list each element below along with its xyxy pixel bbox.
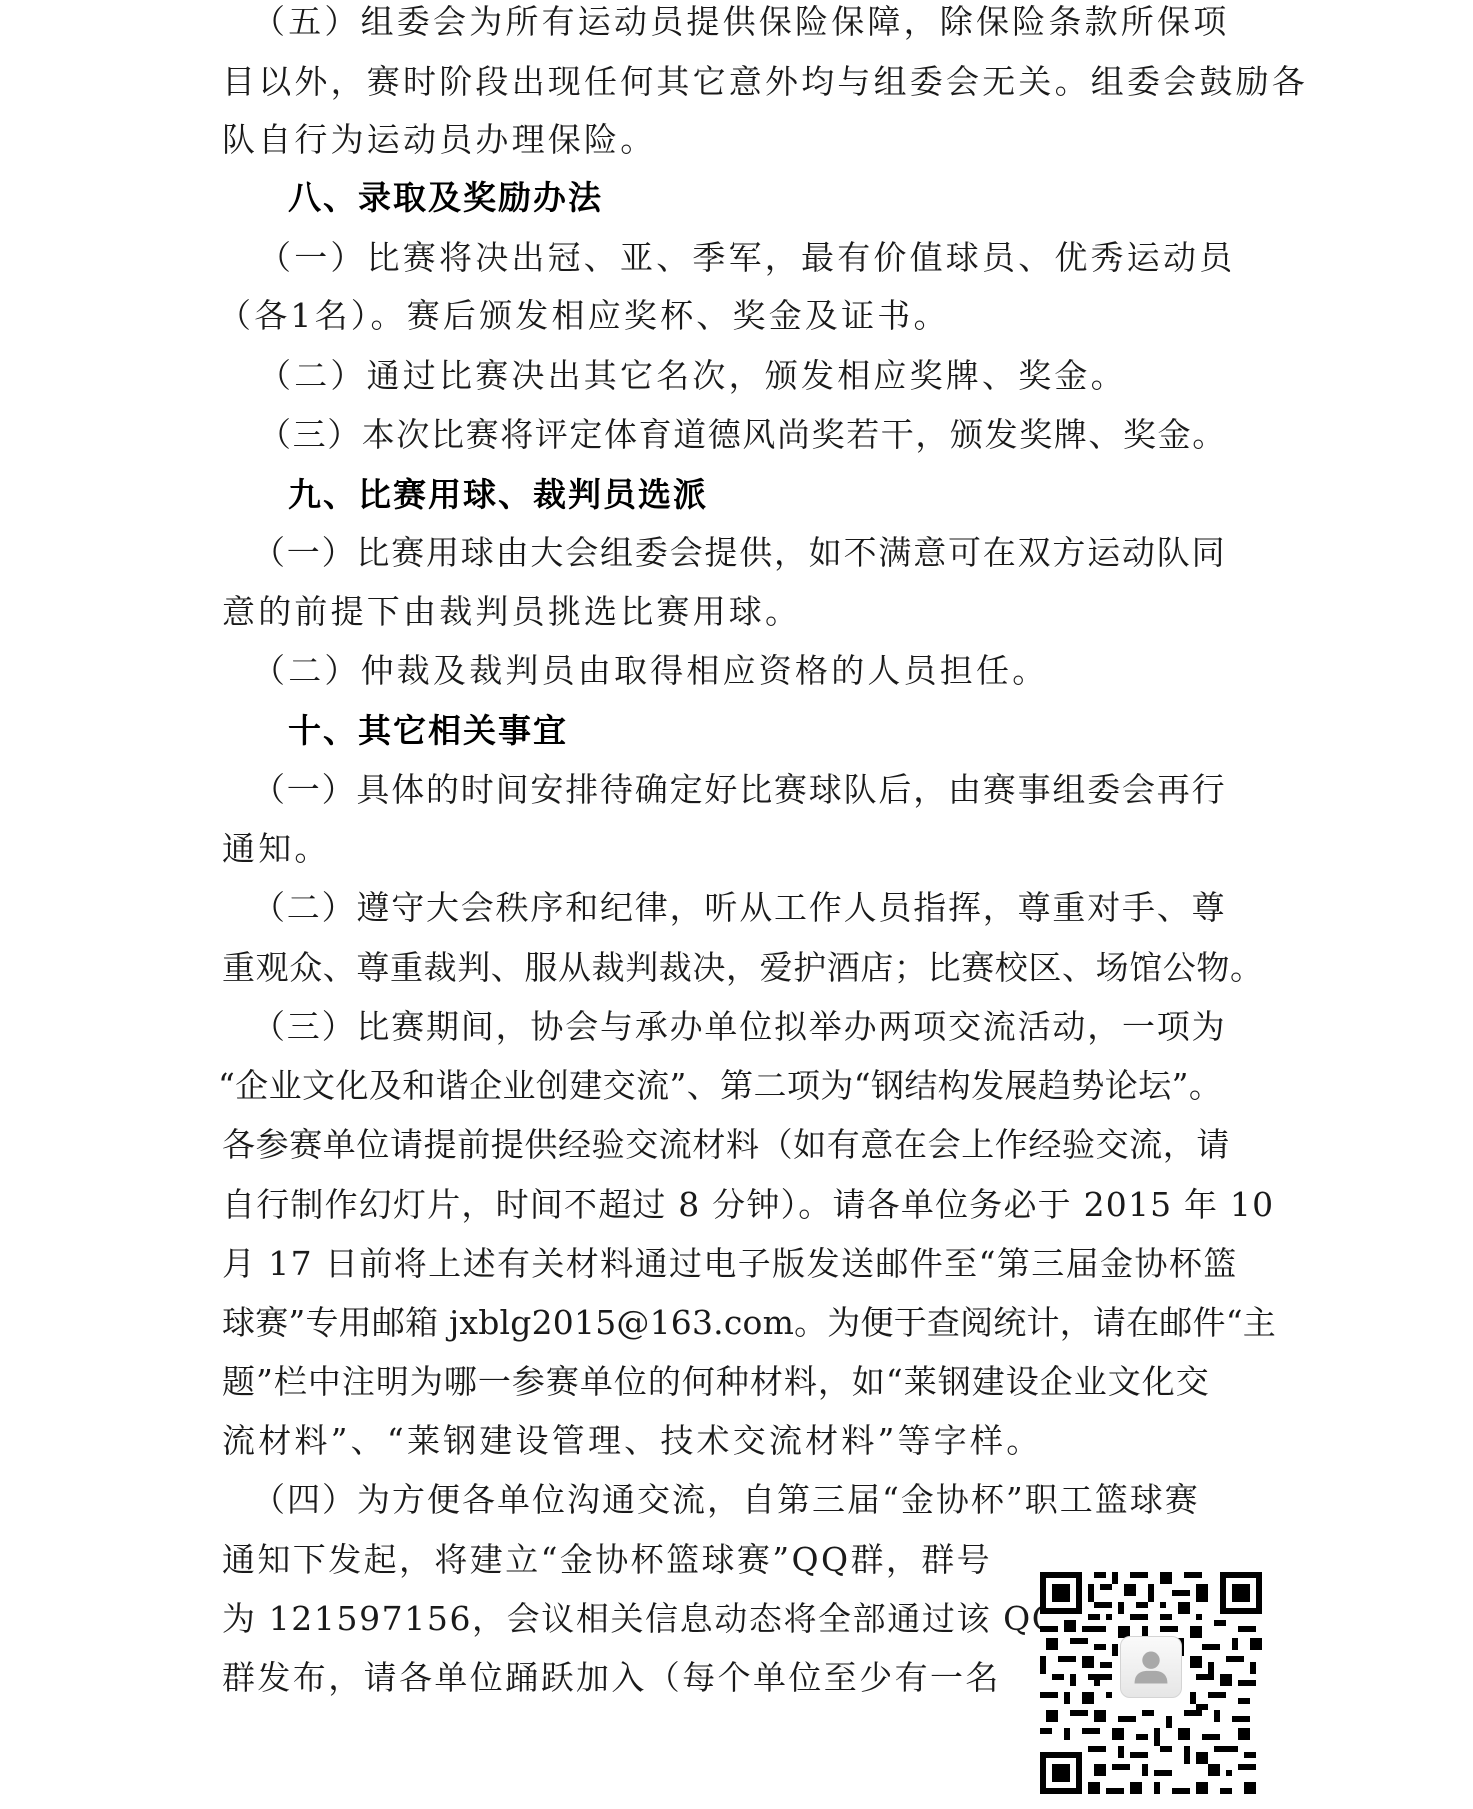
section-9-item-2: （二）仲裁及裁判员由取得相应资格的人员担任。	[252, 651, 1048, 691]
section-10-item-2-line-1: （二）遵守大会秩序和纪律，听从工作人员指挥，尊重对手、尊	[252, 888, 1226, 928]
section-10-item-1-line-2: 通知。	[222, 829, 331, 869]
paragraph-5-line-1: （五）组委会为所有运动员提供保险保障，除保险条款所保项	[252, 2, 1229, 42]
section-heading-9: 九、比赛用球、裁判员选派	[288, 475, 708, 515]
section-9-item-1-line-1: （一）比赛用球由大会组委会提供，如不满意可在双方运动队同	[252, 533, 1226, 573]
section-10-item-4-line-2: 通知下发起，将建立“金协杯篮球赛”QQ群，群号	[222, 1540, 992, 1580]
avatar-silhouette	[1121, 1637, 1181, 1697]
section-heading-10: 十、其它相关事宜	[288, 711, 568, 751]
qr-code-icon	[1040, 1572, 1262, 1794]
section-10-item-3-line-7: 题”栏中注明为哪一参赛单位的何种材料，如“莱钢建设企业文化交	[222, 1362, 1210, 1402]
paragraph-5-line-2: 目以外，赛时阶段出现任何其它意外均与组委会无关。组委会鼓励各	[222, 62, 1308, 102]
section-10-item-3-line-5: 月 17 日前将上述有关材料通过电子版发送邮件至“第三届金协杯篮	[222, 1244, 1238, 1284]
section-10-item-3-line-3: 各参赛单位请提前提供经验交流材料（如有意在会上作经验交流，请	[222, 1125, 1230, 1165]
section-10-item-3-line-1: （三）比赛期间，协会与承办单位拟举办两项交流活动，一项为	[252, 1007, 1226, 1047]
section-10-item-4-line-4: 群发布，请各单位踊跃加入（每个单位至少有一名	[222, 1658, 1001, 1698]
section-heading-8: 八、录取及奖励办法	[288, 178, 603, 218]
section-10-item-4-line-1: （四）为方便各单位沟通交流，自第三届“金协杯”职工篮球赛	[252, 1480, 1200, 1520]
section-8-item-2: （二）通过比赛决出其它名次，颁发相应奖牌、奖金。	[258, 356, 1127, 396]
section-10-item-2-line-2: 重观众、尊重裁判、服从裁判裁决，爱护酒店；比赛校区、场馆公物。	[222, 948, 1264, 988]
document-page: （五）组委会为所有运动员提供保险保障，除保险条款所保项 目以外，赛时阶段出现任何…	[0, 0, 1473, 1809]
section-10-item-3-line-2: “企业文化及和谐企业创建交流”、第二项为“钢结构发展趋势论坛”。	[218, 1066, 1222, 1106]
section-10-item-4-line-3: 为 121597156，会议相关信息动态将全部通过该 QQ	[222, 1599, 1060, 1639]
section-8-item-3: （三）本次比赛将评定体育道德风尚奖若干，颁发奖牌、奖金。	[258, 415, 1227, 455]
paragraph-5-line-3: 队自行为运动员办理保险。	[222, 120, 656, 160]
user-avatar-icon	[1120, 1636, 1182, 1698]
section-10-item-3-line-8: 流材料”、“莱钢建设管理、技术交流材料”等字样。	[222, 1421, 1042, 1461]
section-8-item-1-line-2: （各1名）。赛后颁发相应奖杯、奖金及证书。	[218, 296, 950, 336]
section-8-item-1-line-1: （一）比赛将决出冠、亚、季军，最有价值球员、优秀运动员	[258, 238, 1235, 278]
section-10-item-3-line-6: 球赛”专用邮箱 jxblg2015@163.com。为便于查阅统计，请在邮件“主	[222, 1303, 1276, 1343]
section-10-item-1-line-1: （一）具体的时间安排待确定好比赛球队后，由赛事组委会再行	[252, 770, 1226, 810]
section-10-item-3-line-4: 自行制作幻灯片，时间不超过 8 分钟）。请各单位务必于 2015 年 10	[222, 1185, 1274, 1225]
section-9-item-1-line-2: 意的前提下由裁判员挑选比赛用球。	[222, 592, 801, 632]
